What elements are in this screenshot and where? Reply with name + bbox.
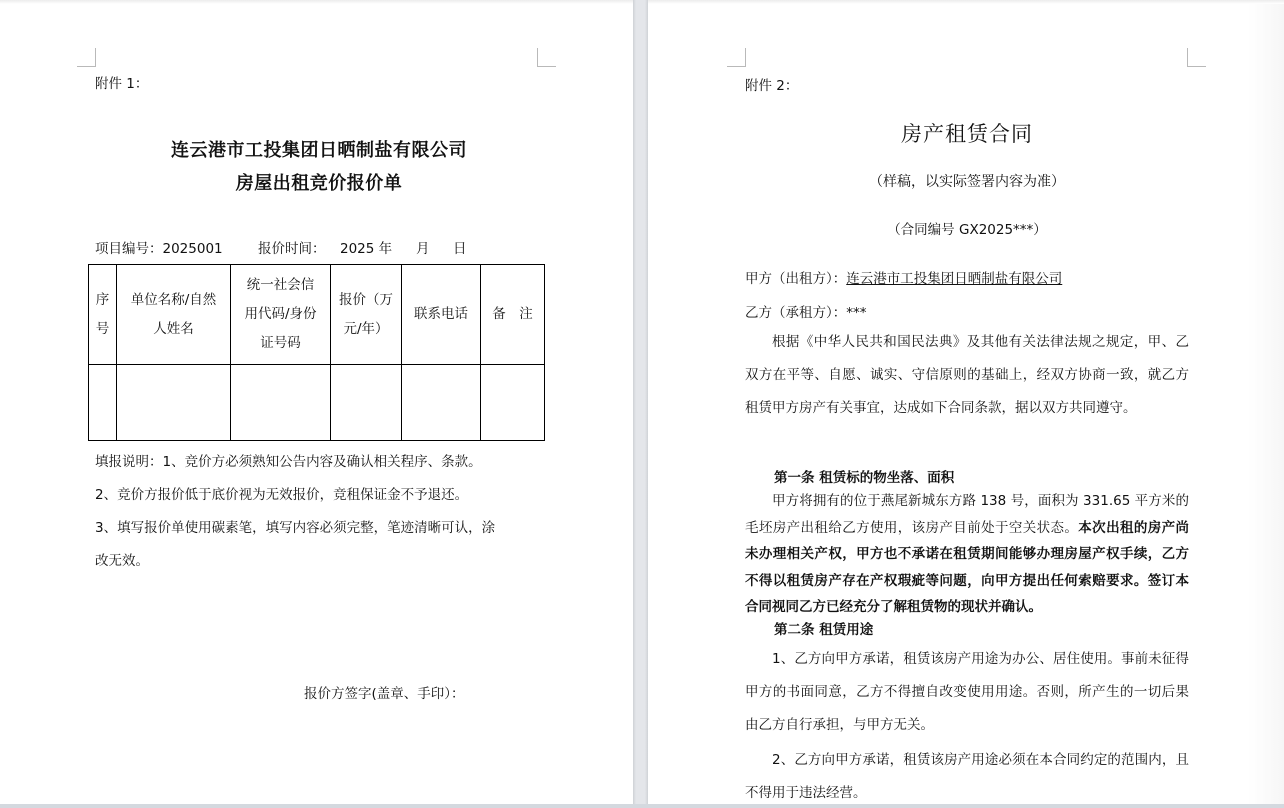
table-cell[interactable] xyxy=(231,365,331,441)
margin-corner-mark xyxy=(537,48,556,67)
table-row xyxy=(89,365,545,441)
margin-corner-mark xyxy=(1187,48,1206,67)
page-attachment-1: 附件 1： 连云港市工投集团日晒制盐有限公司 房屋出租竞价报价单 项目编号：20… xyxy=(0,0,633,804)
party-b: 乙方（承租方）：*** xyxy=(745,301,867,321)
quote-table: 序号 单位名称/自然人姓名 统一社会信用代码/身份证号码 报价（万元/年） 联系… xyxy=(88,264,545,441)
form-title: 房屋出租竞价报价单 xyxy=(95,169,543,195)
quote-year: 2025 年 xyxy=(340,237,392,257)
intro-paragraph: 根据《中华人民共和国民法典》及其他有关法律法规之规定，甲、乙双方在平等、自愿、诚… xyxy=(745,326,1189,425)
article-1-title: 第一条 租赁标的物坐落、面积 xyxy=(774,466,954,486)
note-line: 改无效。 xyxy=(95,549,149,569)
article-1-body: 甲方将拥有的位于燕尾新城东方路 138 号，面积为 331.65 平方米的毛坯房… xyxy=(745,488,1189,621)
margin-corner-mark xyxy=(77,48,96,67)
horizontal-scrollbar-track[interactable] xyxy=(0,804,1284,808)
party-a-label: 甲方（出租方）： xyxy=(745,271,846,287)
header-cell-credit-code: 统一社会信用代码/身份证号码 xyxy=(231,265,331,365)
header-cell-index: 序号 xyxy=(89,265,117,365)
quote-time-label: 报价时间： xyxy=(258,237,326,257)
note-line: 2、竞价方报价低于底价视为无效报价，竞租保证金不予退还。 xyxy=(95,483,468,503)
table-cell[interactable] xyxy=(331,365,402,441)
attachment-label: 附件 1： xyxy=(95,72,148,92)
article-2-title: 第二条 租赁用途 xyxy=(774,618,873,638)
party-a-value: 连云港市工投集团日晒制盐有限公司 xyxy=(846,271,1062,287)
attachment-label: 附件 2： xyxy=(745,74,798,94)
table-header-row: 序号 单位名称/自然人姓名 统一社会信用代码/身份证号码 报价（万元/年） 联系… xyxy=(89,265,545,365)
header-cell-remarks: 备 注 xyxy=(481,265,545,365)
page-top-shadow xyxy=(648,0,1284,4)
table-cell[interactable] xyxy=(117,365,231,441)
article-2-item-1: 1、乙方向甲方承诺，租赁该房产用途为办公、居住使用。事前未征得甲方的书面同意，乙… xyxy=(745,643,1189,742)
quote-day: 日 xyxy=(453,237,467,257)
contract-title: 房产租赁合同 xyxy=(745,118,1189,148)
header-cell-name: 单位名称/自然人姓名 xyxy=(117,265,231,365)
margin-corner-mark xyxy=(727,48,746,67)
article-2-item-2: 2、乙方向甲方承诺，租赁该房产用途必须在本合同约定的范围内，且不得用于违法经营。 xyxy=(745,744,1189,808)
page-top-shadow xyxy=(0,0,633,4)
contract-number: （合同编号 GX2025***） xyxy=(745,218,1189,238)
header-cell-phone: 联系电话 xyxy=(402,265,481,365)
note-line: 填报说明：1、竞价方必须熟知公告内容及确认相关程序、条款。 xyxy=(95,450,482,470)
table-cell[interactable] xyxy=(481,365,545,441)
party-b-value: *** xyxy=(846,305,866,321)
project-number: 项目编号：2025001 xyxy=(95,237,223,257)
header-cell-price: 报价（万元/年） xyxy=(331,265,402,365)
note-line: 3、填写报价单使用碳素笔，填写内容必须完整，笔迹清晰可认，涂 xyxy=(95,516,495,536)
table-cell[interactable] xyxy=(89,365,117,441)
signature-label: 报价方签字(盖章、手印）： xyxy=(304,682,465,702)
contract-subtitle: （样稿，以实际签署内容为准） xyxy=(745,171,1189,191)
party-a: 甲方（出租方）：连云港市工投集团日晒制盐有限公司 xyxy=(745,267,1062,287)
party-b-label: 乙方（承租方）： xyxy=(745,305,846,321)
company-title: 连云港市工投集团日晒制盐有限公司 xyxy=(95,136,543,162)
table-cell[interactable] xyxy=(402,365,481,441)
quote-month: 月 xyxy=(416,237,430,257)
page-gutter xyxy=(633,0,648,804)
